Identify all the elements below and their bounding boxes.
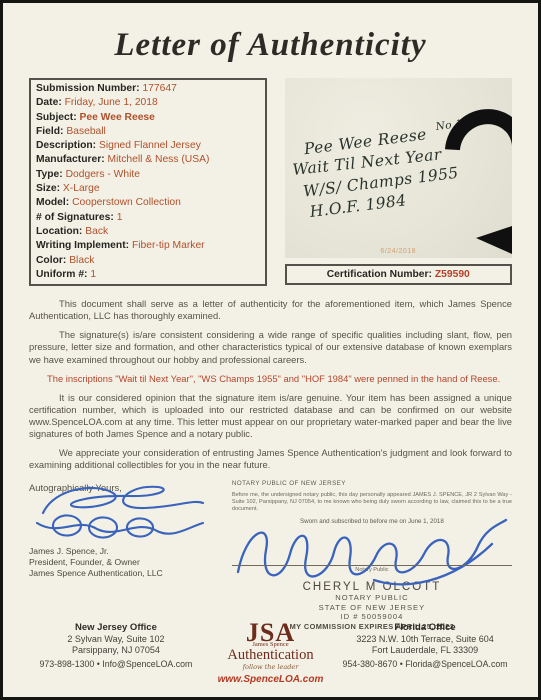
row-label: Submission Number: [36,83,140,94]
photo-date-stamp: 6/24/2018 [285,248,513,255]
row-value: Cooperstown Collection [72,197,181,208]
notary-title: NOTARY PUBLIC [232,593,512,603]
table-row: Date: Friday, June 1, 2018 [31,96,265,110]
row-label: Size: [36,183,60,194]
body-paragraph: This document shall serve as a letter of… [29,298,512,322]
footer: New Jersey Office 2 Sylvan Way, Suite 10… [29,622,512,685]
table-row: Type: Dodgers - White [31,168,265,182]
notary-fine-print: Before me, the undersigned notary public… [232,492,512,513]
jsa-logo-tagline: follow the leader [203,663,338,671]
row-label: Color: [36,255,66,266]
jsa-logo-authentication: Authentication [203,648,338,663]
florida-office-block: Florida Office 3223 N.W. 10th Terrace, S… [338,622,512,670]
table-row: Uniform #: 1 [31,268,265,282]
row-value: X-Large [63,183,100,194]
row-label: Manufacturer: [36,154,105,165]
row-value: Dodgers - White [66,169,140,180]
table-row: Description: Signed Flannel Jersey [31,139,265,153]
table-row: Submission Number: 177647 [31,82,265,96]
certification-value: Z59590 [435,269,470,280]
row-value: 1 [117,212,123,223]
details-and-photo-section: Submission Number: 177647 Date: Friday, … [29,78,512,286]
office-address: Parsippany, NJ 07054 [29,645,203,657]
table-row: Color: Black [31,254,265,268]
james-spence-signature [25,479,215,541]
row-label: Writing Implement: [36,240,129,251]
row-value: Back [85,226,108,237]
row-label: Model: [36,197,69,208]
notary-signature-line [232,565,512,566]
row-label: Field: [36,126,63,137]
certification-number-box: Certification Number: Z59590 [285,264,513,285]
office-title: Florida Office [338,622,512,634]
row-label: Location: [36,226,82,237]
row-value: Mitchell & Ness (USA) [108,154,210,165]
office-address: 2 Sylvan Way, Suite 102 [29,634,203,646]
table-row: Size: X-Large [31,182,265,196]
office-address: 3223 N.W. 10th Terrace, Suite 604 [338,634,512,646]
row-value: 1 [90,269,96,280]
office-contact: 954-380-8670 • Florida@SpenceLOA.com [338,659,512,671]
row-value: Signed Flannel Jersey [99,140,201,151]
notary-signature-label: Notary Public [232,567,512,573]
office-title: New Jersey Office [29,622,203,634]
office-contact: 973-898-1300 • Info@SpenceLOA.com [29,659,203,671]
notary-state: STATE OF NEW JERSEY [232,603,512,613]
row-value: Friday, June 1, 2018 [65,97,158,108]
table-row: Location: Back [31,225,265,239]
signatures-section: Autographically Yours, James J. Spence, … [29,478,512,632]
row-value: 177647 [142,83,176,94]
table-row: Field: Baseball [31,125,265,139]
notary-header: NOTARY PUBLIC OF NEW JERSEY [232,480,512,487]
spence-signature-block: Autographically Yours, James J. Spence, … [29,478,232,632]
row-label: Description: [36,140,96,151]
office-address: Fort Lauderdale, FL 33309 [338,645,512,657]
table-row: # of Signatures: 1 [31,211,265,225]
signer-company: James Spence Authentication, LLC [29,568,232,579]
signer-title: President, Founder, & Owner [29,557,232,568]
new-jersey-office-block: New Jersey Office 2 Sylvan Way, Suite 10… [29,622,203,670]
table-row: Subject: Pee Wee Reese [31,111,265,125]
row-label: Type: [36,169,63,180]
signed-jersey-photo: Pee Wee ReeseNo.1 Wait Til Next Year W/S… [285,78,513,258]
row-label: Uniform #: [36,269,88,280]
signer-name: James J. Spence, Jr. [29,546,232,557]
row-value: Baseball [66,126,106,137]
notary-name: CHERYL M OLCOTT [232,581,512,593]
row-label: Date: [36,97,62,108]
row-value: Black [69,255,94,266]
letter-of-authenticity-page: Letter of Authenticity Submission Number… [0,0,541,700]
photo-column: Pee Wee ReeseNo.1 Wait Til Next Year W/S… [285,78,513,286]
item-details-table: Submission Number: 177647 Date: Friday, … [29,78,267,286]
body-paragraph: We appreciate your consideration of entr… [29,447,512,471]
row-label: # of Signatures: [36,212,114,223]
row-value: Fiber-tip Marker [132,240,205,251]
inscription-statement-paragraph: The inscriptions "Wait til Next Year", "… [29,373,512,385]
certification-label: Certification Number: [327,269,432,280]
jsa-logo: JSA James Spence Authentication follow t… [203,622,338,685]
row-label: Subject: [36,112,77,123]
sworn-line: Sworn and subscribed to before me on Jun… [232,518,512,525]
table-row: Writing Implement: Fiber-tip Marker [31,239,265,253]
notary-block: NOTARY PUBLIC OF NEW JERSEY Before me, t… [232,478,512,632]
page-title: Letter of Authenticity [29,27,512,64]
jsa-website: www.SpenceLOA.com [203,674,338,685]
letter-body: This document shall serve as a letter of… [29,298,512,471]
row-value: Pee Wee Reese [80,112,155,123]
body-paragraph: The signature(s) is/are consistent consi… [29,329,512,365]
table-row: Manufacturer: Mitchell & Ness (USA) [31,153,265,167]
body-paragraph: It is our considered opinion that the si… [29,392,512,440]
table-row: Model: Cooperstown Collection [31,196,265,210]
